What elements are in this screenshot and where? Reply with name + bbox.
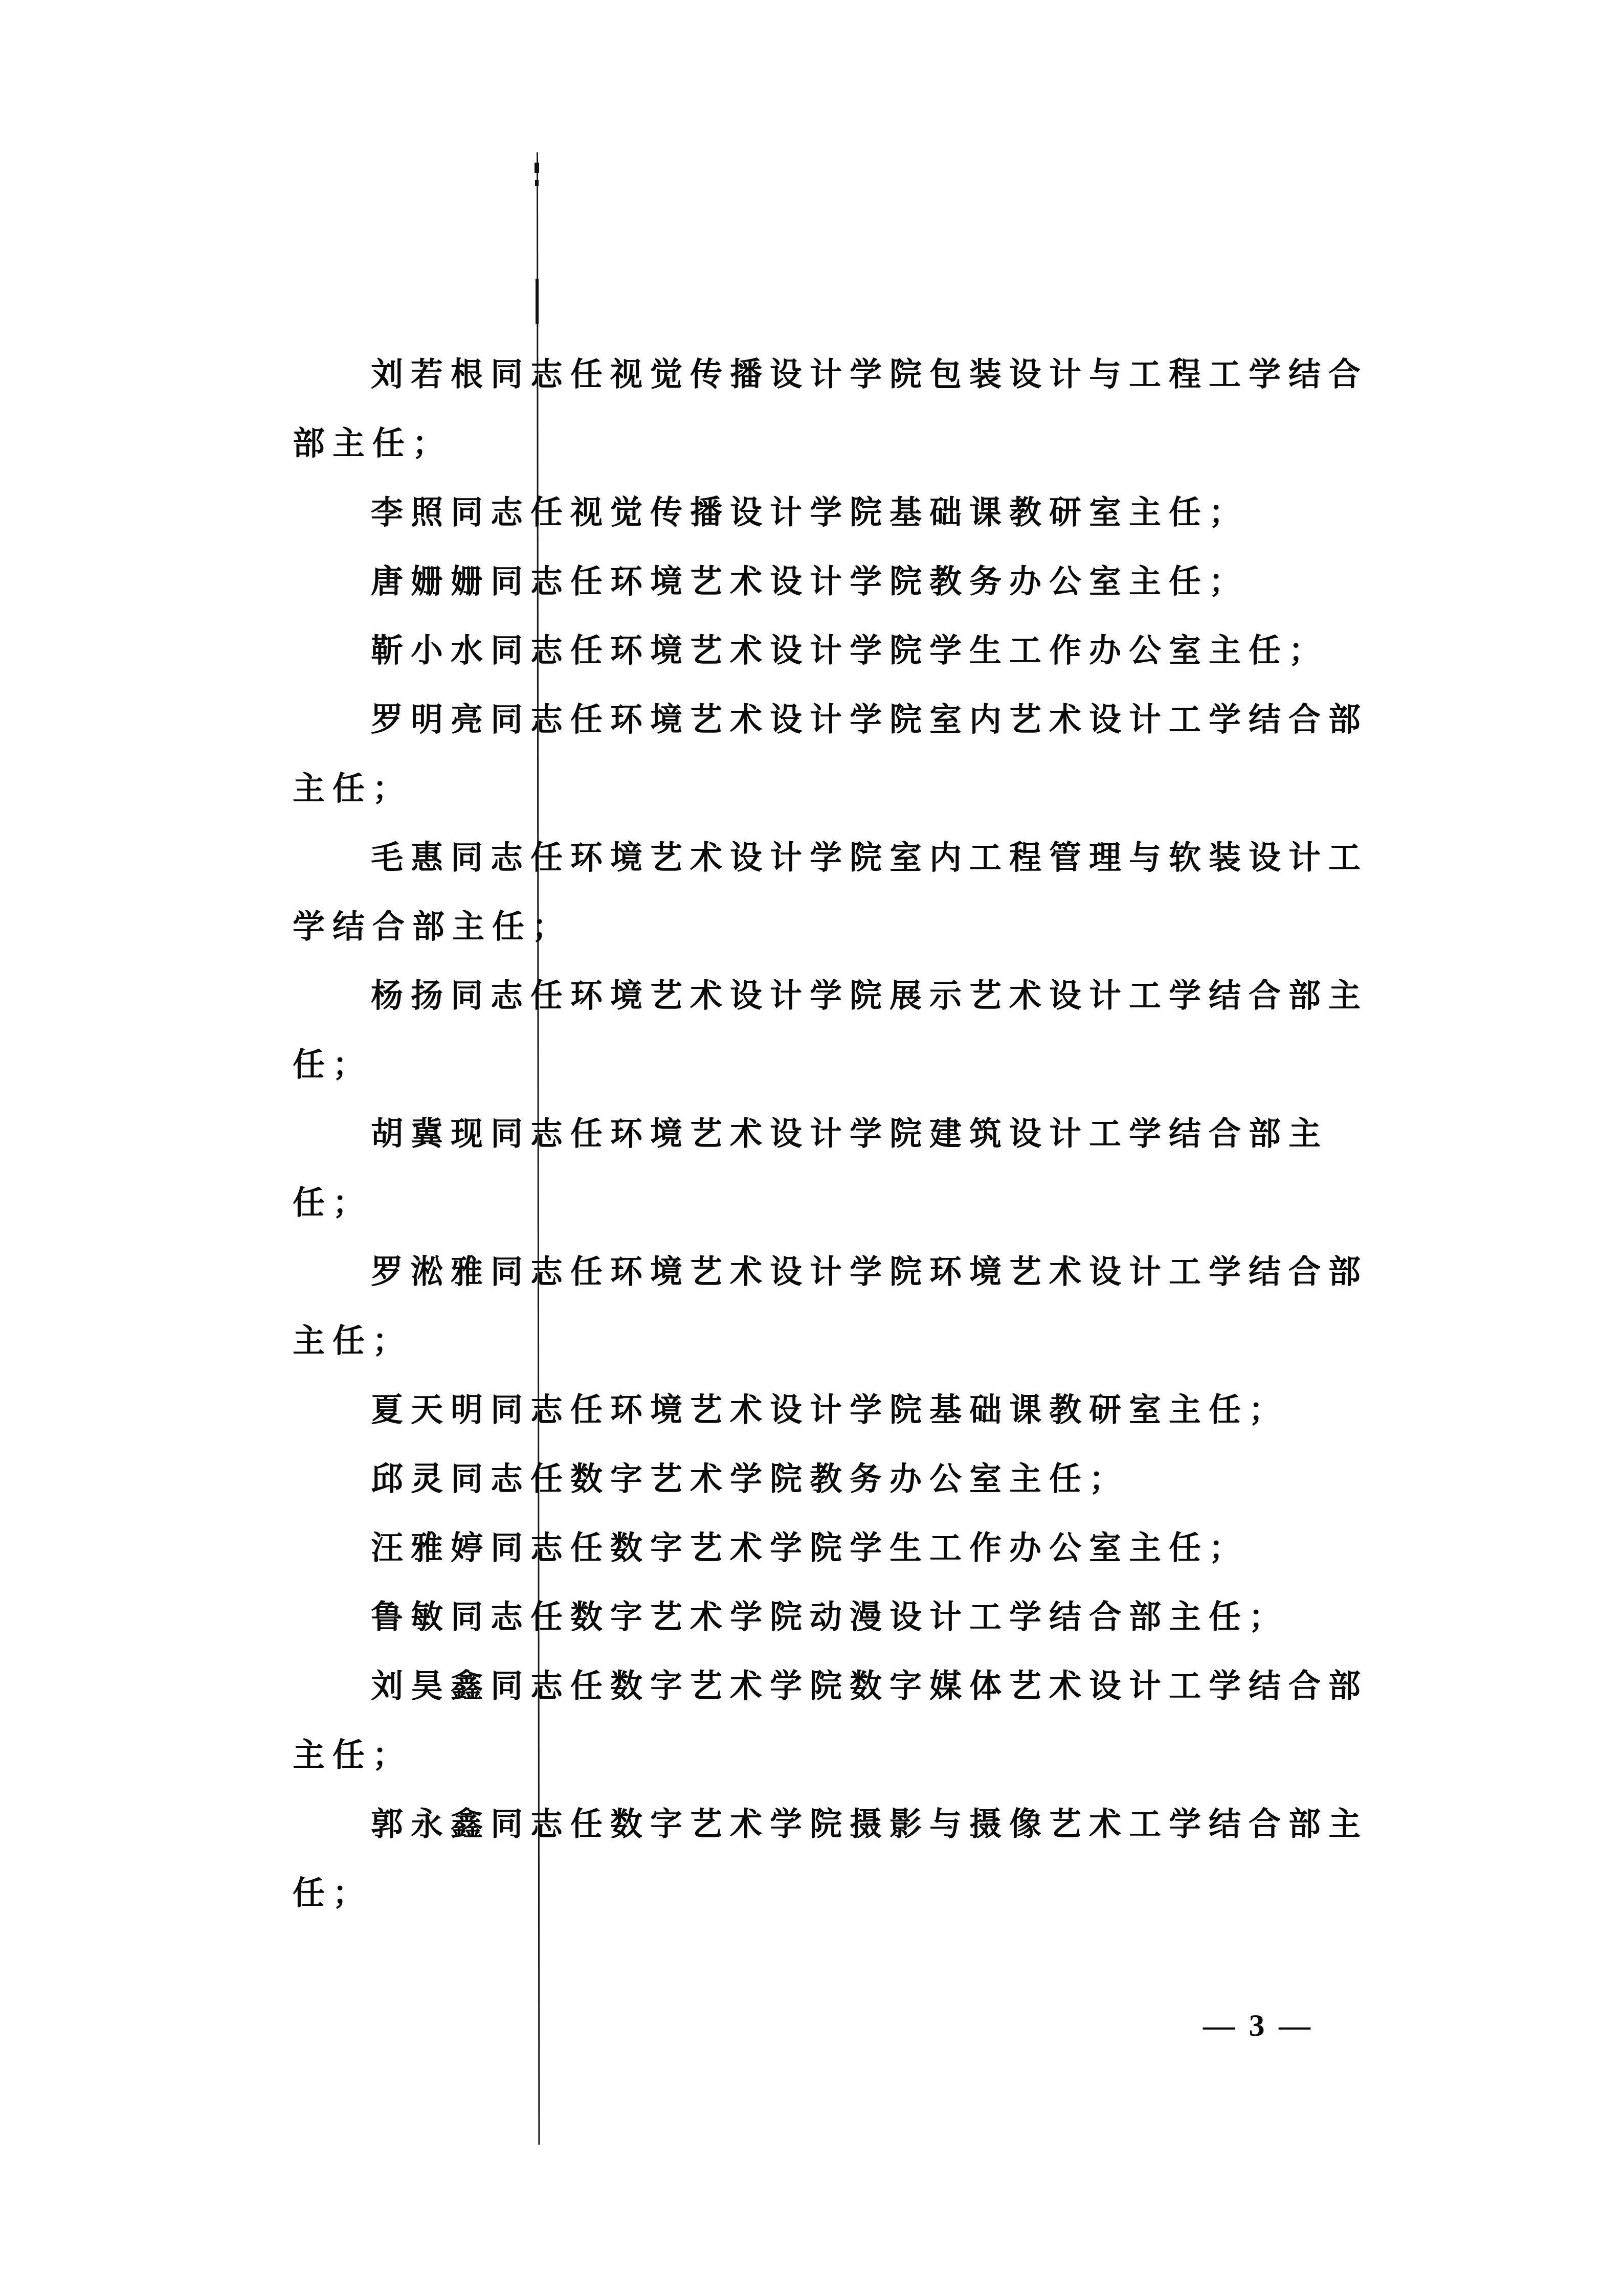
text-line: 主任； xyxy=(293,1721,1392,1790)
paragraph: 靳小水同志任环境艺术设计学院学生工作办公室主任； xyxy=(293,616,1392,685)
text-line: 刘昊鑫同志任数字艺术学院数字媒体艺术设计工学结合部 xyxy=(293,1652,1392,1721)
text-line: 部主任； xyxy=(293,409,1392,478)
text-line: 胡冀现同志任环境艺术设计学院建筑设计工学结合部主 xyxy=(293,1099,1392,1168)
paragraph: 邱灵同志任数字艺术学院教务办公室主任； xyxy=(293,1445,1392,1514)
ink-speck xyxy=(536,279,539,324)
paragraph: 汪雅婷同志任数字艺术学院学生工作办公室主任； xyxy=(293,1514,1392,1583)
text-line: 刘若根同志任视觉传播设计学院包装设计与工程工学结合 xyxy=(293,340,1392,409)
text-line: 杨扬同志任环境艺术设计学院展示艺术设计工学结合部主 xyxy=(293,961,1392,1030)
ink-speck xyxy=(535,163,539,173)
text-line: 任； xyxy=(293,1859,1392,1928)
text-line: 主任； xyxy=(293,754,1392,823)
text-line: 任； xyxy=(293,1030,1392,1099)
paragraph: 罗淞雅同志任环境艺术设计学院环境艺术设计工学结合部主任； xyxy=(293,1237,1392,1376)
paragraph: 郭永鑫同志任数字艺术学院摄影与摄像艺术工学结合部主任； xyxy=(293,1790,1392,1928)
text-line: 主任； xyxy=(293,1307,1392,1376)
paragraph: 杨扬同志任环境艺术设计学院展示艺术设计工学结合部主任； xyxy=(293,961,1392,1099)
text-line: 毛惠同志任环境艺术设计学院室内工程管理与软装设计工 xyxy=(293,823,1392,892)
text-line: 李照同志任视觉传播设计学院基础课教研室主任； xyxy=(293,478,1392,547)
text-line: 学结合部主任； xyxy=(293,892,1392,961)
paragraph: 李照同志任视觉传播设计学院基础课教研室主任； xyxy=(293,478,1392,547)
text-line: 罗淞雅同志任环境艺术设计学院环境艺术设计工学结合部 xyxy=(293,1237,1392,1307)
paragraph: 胡冀现同志任环境艺术设计学院建筑设计工学结合部主任； xyxy=(293,1099,1392,1237)
text-line: 罗明亮同志任环境艺术设计学院室内艺术设计工学结合部 xyxy=(293,685,1392,754)
text-line: 夏天明同志任环境艺术设计学院基础课教研室主任； xyxy=(293,1376,1392,1445)
text-line: 鲁敏同志任数字艺术学院动漫设计工学结合部主任； xyxy=(293,1583,1392,1652)
paragraph: 毛惠同志任环境艺术设计学院室内工程管理与软装设计工学结合部主任； xyxy=(293,823,1392,961)
text-line: 任； xyxy=(293,1168,1392,1237)
paragraph: 刘若根同志任视觉传播设计学院包装设计与工程工学结合部主任； xyxy=(293,340,1392,478)
body-text: 刘若根同志任视觉传播设计学院包装设计与工程工学结合部主任；李照同志任视觉传播设计… xyxy=(293,340,1392,1928)
paragraph: 唐姗姗同志任环境艺术设计学院教务办公室主任； xyxy=(293,547,1392,616)
text-line: 郭永鑫同志任数字艺术学院摄影与摄像艺术工学结合部主 xyxy=(293,1790,1392,1859)
document-page: 刘若根同志任视觉传播设计学院包装设计与工程工学结合部主任；李照同志任视觉传播设计… xyxy=(0,0,1624,2296)
ink-speck xyxy=(535,180,539,186)
paragraph: 刘昊鑫同志任数字艺术学院数字媒体艺术设计工学结合部主任； xyxy=(293,1652,1392,1790)
page-number: — 3 — xyxy=(1203,2007,1314,2044)
paragraph: 鲁敏同志任数字艺术学院动漫设计工学结合部主任； xyxy=(293,1583,1392,1652)
text-line: 邱灵同志任数字艺术学院教务办公室主任； xyxy=(293,1445,1392,1514)
paragraph: 夏天明同志任环境艺术设计学院基础课教研室主任； xyxy=(293,1376,1392,1445)
text-line: 唐姗姗同志任环境艺术设计学院教务办公室主任； xyxy=(293,547,1392,616)
paragraph: 罗明亮同志任环境艺术设计学院室内艺术设计工学结合部主任； xyxy=(293,685,1392,823)
text-line: 靳小水同志任环境艺术设计学院学生工作办公室主任； xyxy=(293,616,1392,685)
text-line: 汪雅婷同志任数字艺术学院学生工作办公室主任； xyxy=(293,1514,1392,1583)
